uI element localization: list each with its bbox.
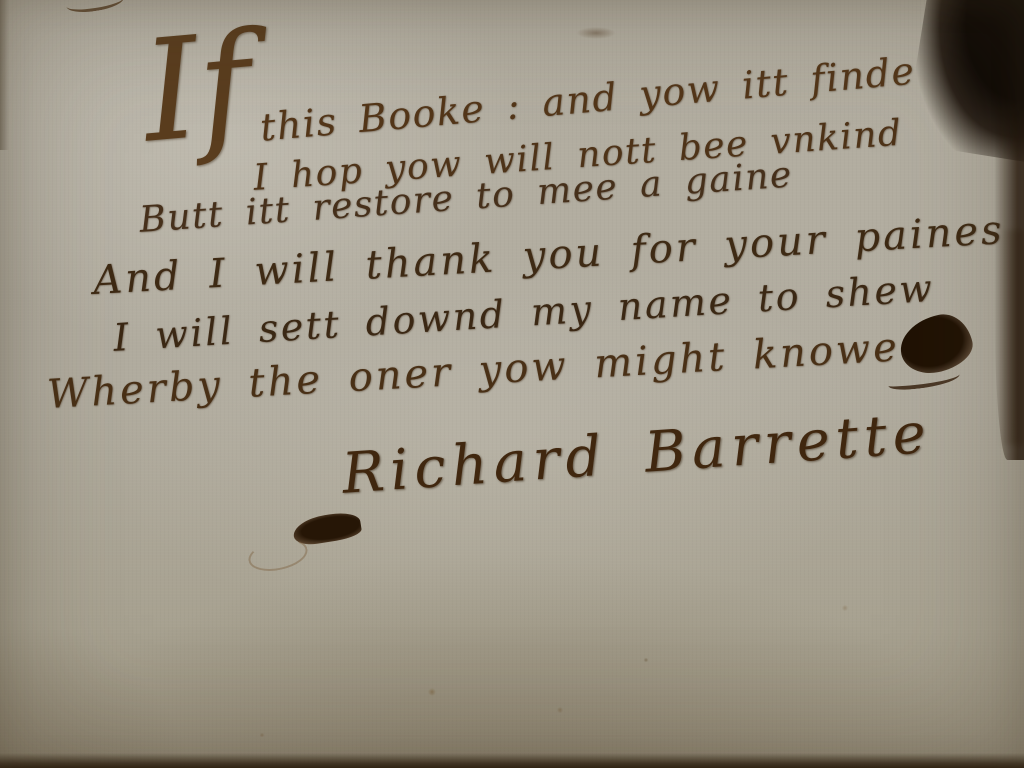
signature: Richard Barrette bbox=[340, 401, 934, 507]
cropped-ink-mark-top bbox=[65, 0, 125, 15]
manuscript-photo: If this Booke : and yow itt finde I hop … bbox=[0, 0, 1024, 768]
ink-blot-right bbox=[895, 309, 977, 379]
page-edge-left bbox=[0, 0, 9, 150]
inscription-line-1-initial: If bbox=[139, 29, 255, 150]
dark-book-edge-corner bbox=[904, 0, 1024, 163]
page-edge-bottom bbox=[0, 753, 1024, 768]
